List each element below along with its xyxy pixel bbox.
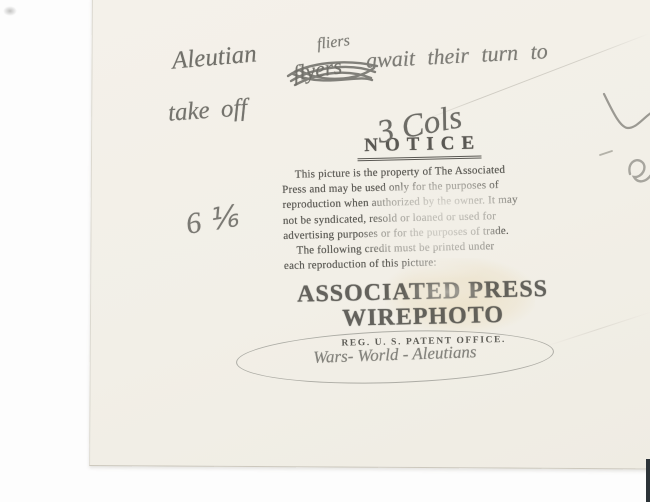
notice-paragraph: This picture is the property of The Asso… xyxy=(282,162,560,275)
notice-stamp: NOTICE This picture is the property of T… xyxy=(281,131,562,351)
scan-edge-sliver xyxy=(646,459,650,502)
gray-smudge xyxy=(3,6,17,16)
handwritten-caption-line2: take off xyxy=(167,94,248,127)
photo-verso-scan: NOTICE This picture is the property of T… xyxy=(0,0,650,502)
